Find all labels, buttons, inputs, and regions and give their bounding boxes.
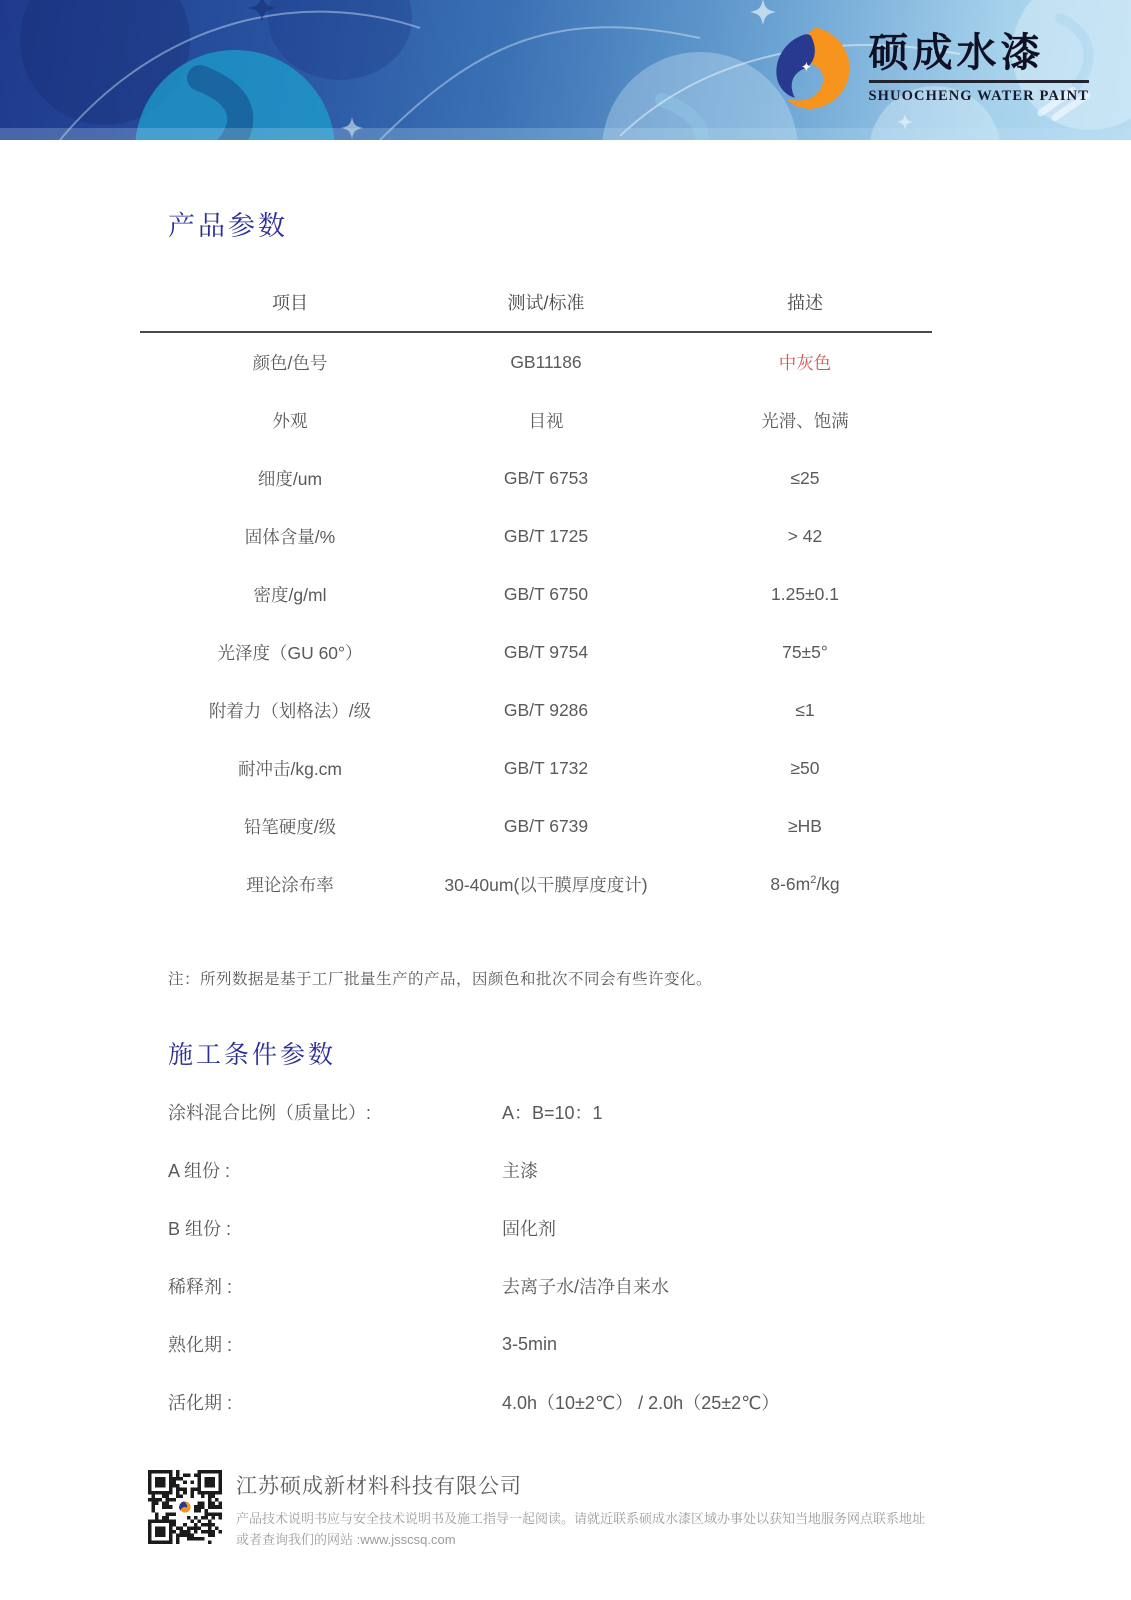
table-row: 颜色/色号GB11186中灰色 bbox=[140, 333, 932, 391]
construction-section-title: 施工条件参数 bbox=[168, 1035, 1131, 1071]
brand-name: 硕成水漆 bbox=[869, 31, 1090, 83]
table-header-desc: 描述 bbox=[652, 289, 932, 315]
cell-test: GB/T 6739 bbox=[440, 816, 652, 837]
param-row: B 组份 :固化剂 bbox=[168, 1199, 1131, 1257]
param-row: 涂料混合比例（质量比）:A：B=10：1 bbox=[168, 1083, 1131, 1141]
table-row: 光泽度（GU 60°）GB/T 975475±5° bbox=[140, 623, 932, 681]
product-section-title: 产品参数 bbox=[168, 204, 1131, 243]
table-row: 外观目视光滑、饱满 bbox=[140, 391, 932, 449]
param-value: 3-5min bbox=[502, 1334, 557, 1355]
cell-item: 理论涂布率 bbox=[140, 872, 440, 897]
param-label: A 组份 : bbox=[168, 1157, 502, 1183]
param-value: 去离子水/洁净自来水 bbox=[502, 1273, 669, 1299]
table-row: 固体含量/%GB/T 1725> 42 bbox=[140, 507, 932, 565]
table-header-item: 项目 bbox=[140, 289, 440, 315]
param-label: 熟化期 : bbox=[168, 1331, 502, 1357]
cell-desc: 光滑、饱满 bbox=[652, 408, 932, 433]
footer-line-2: 或者查询我们的网站 :www.jsscsq.com bbox=[236, 1530, 925, 1551]
param-row: 稀释剂 :去离子水/洁净自来水 bbox=[168, 1257, 1131, 1315]
table-row: 铅笔硬度/级GB/T 6739≥HB bbox=[140, 797, 932, 855]
cell-test: GB/T 6753 bbox=[440, 468, 652, 489]
cell-item: 光泽度（GU 60°） bbox=[140, 640, 440, 665]
cell-desc: ≤25 bbox=[652, 468, 932, 489]
table-row: 理论涂布率30-40um(以干膜厚度度计)8-6m2/kg bbox=[140, 855, 932, 913]
param-label: 涂料混合比例（质量比）: bbox=[168, 1099, 502, 1125]
footer: 江苏硕成新材料科技有限公司 产品技术说明书应与安全技术说明书及施工指导一起阅读。… bbox=[148, 1470, 925, 1551]
construction-parameters-list: 涂料混合比例（质量比）:A：B=10：1A 组份 :主漆B 组份 :固化剂稀释剂… bbox=[168, 1083, 1131, 1431]
cell-test: GB/T 1732 bbox=[440, 758, 652, 779]
cell-desc: 75±5° bbox=[652, 642, 932, 663]
param-value: 主漆 bbox=[502, 1157, 538, 1183]
cell-desc: ≥HB bbox=[652, 816, 932, 837]
cell-desc: ≤1 bbox=[652, 700, 932, 721]
table-row: 密度/g/mlGB/T 67501.25±0.1 bbox=[140, 565, 932, 623]
cell-desc: 中灰色 bbox=[652, 350, 932, 375]
table-body: 颜色/色号GB11186中灰色外观目视光滑、饱满细度/umGB/T 6753≤2… bbox=[140, 333, 932, 913]
param-row: 熟化期 :3-5min bbox=[168, 1315, 1131, 1373]
cell-test: 目视 bbox=[440, 408, 652, 433]
cell-item: 外观 bbox=[140, 408, 440, 433]
param-label: 活化期 : bbox=[168, 1389, 502, 1415]
footer-line-1: 产品技术说明书应与安全技术说明书及施工指导一起阅读。请就近联系硕成水漆区域办事处… bbox=[236, 1509, 925, 1530]
brand-s-icon bbox=[765, 24, 853, 112]
cell-test: GB/T 6750 bbox=[440, 584, 652, 605]
cell-desc: 1.25±0.1 bbox=[652, 584, 932, 605]
header-banner: 硕成水漆 SHUOCHENG WATER PAINT bbox=[0, 0, 1131, 140]
table-row: 附着力（划格法）/级GB/T 9286≤1 bbox=[140, 681, 932, 739]
cell-test: 30-40um(以干膜厚度度计) bbox=[440, 872, 652, 897]
table-header-row: 项目 测试/标准 描述 bbox=[140, 289, 932, 333]
cell-test: GB/T 1725 bbox=[440, 526, 652, 547]
param-value: 固化剂 bbox=[502, 1215, 556, 1241]
cell-item: 附着力（划格法）/级 bbox=[140, 698, 440, 723]
company-name: 江苏硕成新材料科技有限公司 bbox=[236, 1470, 925, 1500]
cell-desc: > 42 bbox=[652, 526, 932, 547]
table-row: 耐冲击/kg.cmGB/T 1732≥50 bbox=[140, 739, 932, 797]
cell-desc: ≥50 bbox=[652, 758, 932, 779]
brand-subtitle: SHUOCHENG WATER PAINT bbox=[869, 88, 1090, 105]
product-parameters-table: 项目 测试/标准 描述 颜色/色号GB11186中灰色外观目视光滑、饱满细度/u… bbox=[140, 289, 932, 913]
cell-item: 耐冲击/kg.cm bbox=[140, 756, 440, 781]
brand-logo: 硕成水漆 SHUOCHENG WATER PAINT bbox=[765, 24, 1090, 112]
cell-item: 颜色/色号 bbox=[140, 350, 440, 375]
param-value: 4.0h（10±2℃） / 2.0h（25±2℃） bbox=[502, 1389, 779, 1415]
param-row: A 组份 :主漆 bbox=[168, 1141, 1131, 1199]
cell-item: 固体含量/% bbox=[140, 524, 440, 549]
param-label: B 组份 : bbox=[168, 1215, 502, 1241]
table-note: 注：所列数据是基于工厂批量生产的产品，因颜色和批次不同会有些许变化。 bbox=[168, 967, 1131, 989]
cell-item: 密度/g/ml bbox=[140, 582, 440, 607]
cell-test: GB11186 bbox=[440, 352, 652, 373]
cell-test: GB/T 9754 bbox=[440, 642, 652, 663]
cell-test: GB/T 9286 bbox=[440, 700, 652, 721]
qr-code bbox=[148, 1470, 222, 1544]
cell-item: 细度/um bbox=[140, 466, 440, 491]
table-header-test: 测试/标准 bbox=[440, 289, 652, 315]
table-row: 细度/umGB/T 6753≤25 bbox=[140, 449, 932, 507]
cell-desc: 8-6m2/kg bbox=[652, 874, 932, 895]
param-value: A：B=10：1 bbox=[502, 1099, 603, 1125]
param-row: 活化期 :4.0h（10±2℃） / 2.0h（25±2℃） bbox=[168, 1373, 1131, 1431]
cell-item: 铅笔硬度/级 bbox=[140, 814, 440, 839]
param-label: 稀释剂 : bbox=[168, 1273, 502, 1299]
